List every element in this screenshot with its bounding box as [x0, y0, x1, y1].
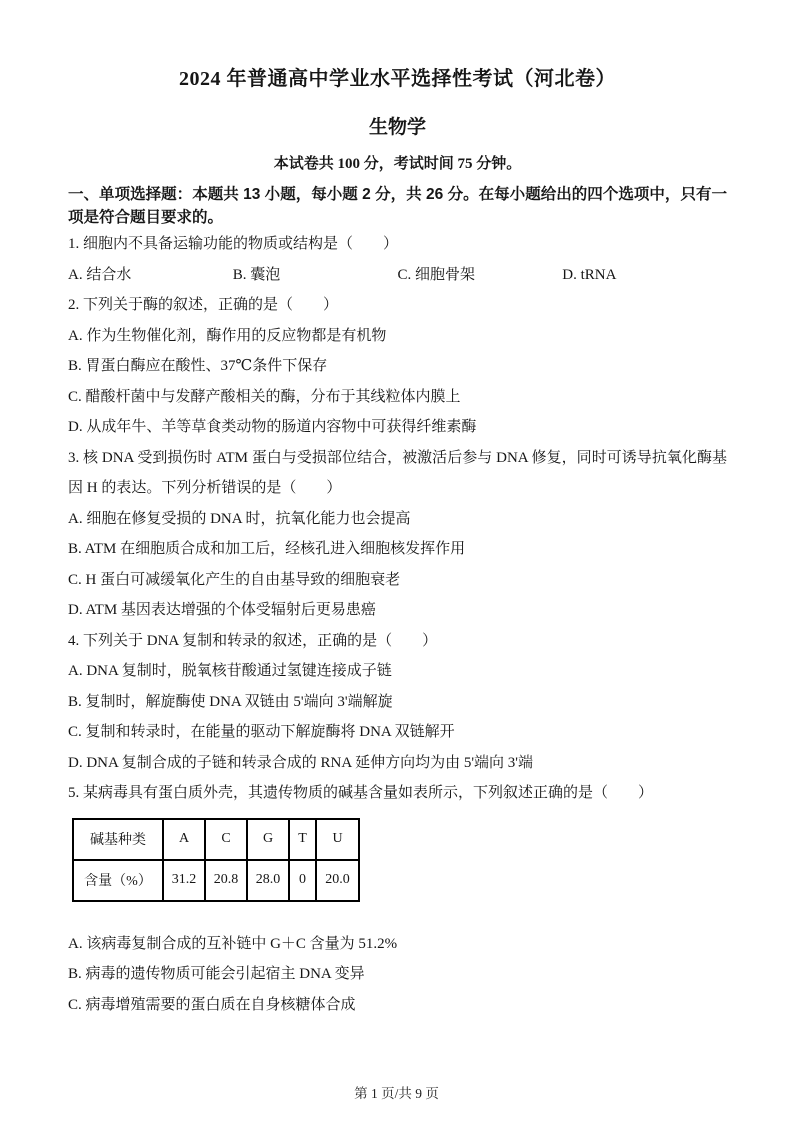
page-number-footer: 第 1 页/共 9 页: [0, 1082, 793, 1102]
section-1-header: 一、单项选择题：本题共 13 小题，每小题 2 分，共 26 分。在每小题给出的…: [68, 183, 727, 229]
question-3-option-a: A. 细胞在修复受损的 DNA 时，抗氧化能力也会提高: [68, 504, 727, 535]
table-cell-T: T: [289, 819, 316, 860]
question-4-stem: 4. 下列关于 DNA 复制和转录的叙述，正确的是（ ）: [68, 626, 727, 657]
question-1-stem: 1. 细胞内不具备运输功能的物质或结构是（ ）: [68, 229, 727, 260]
question-2-option-d: D. 从成年牛、羊等草食类动物的肠道内容物中可获得纤维素酶: [68, 412, 727, 443]
question-1-option-c: C. 细胞骨架: [398, 260, 563, 291]
question-2-option-b: B. 胃蛋白酶应在酸性、37℃条件下保存: [68, 351, 727, 382]
question-4-option-c: C. 复制和转录时，在能量的驱动下解旋酶将 DNA 双链解开: [68, 717, 727, 748]
table-cell-G-value: 28.0: [247, 860, 289, 901]
question-4-option-a: A. DNA 复制时，脱氧核苷酸通过氢键连接成子链: [68, 656, 727, 687]
table-cell-U-value: 20.0: [316, 860, 359, 901]
question-2-stem: 2. 下列关于酶的叙述，正确的是（ ）: [68, 290, 727, 321]
table-cell-C-value: 20.8: [205, 860, 247, 901]
table-data-row: 含量（%） 31.2 20.8 28.0 0 20.0: [73, 860, 359, 901]
question-3-stem: 3. 核 DNA 受到损伤时 ATM 蛋白与受损部位结合，被激活后参与 DNA …: [68, 443, 727, 504]
question-3-option-b: B. ATM 在细胞质合成和加工后，经核孔进入细胞核发挥作用: [68, 534, 727, 565]
question-4-option-d: D. DNA 复制合成的子链和转录合成的 RNA 延伸方向均为由 5'端向 3'…: [68, 748, 727, 779]
question-3-option-d: D. ATM 基因表达增强的个体受辐射后更易患癌: [68, 595, 727, 626]
question-1-option-b: B. 囊泡: [233, 260, 398, 291]
table-header-row: 碱基种类 A C G T U: [73, 819, 359, 860]
question-5-stem: 5. 某病毒具有蛋白质外壳，其遗传物质的碱基含量如表所示，下列叙述正确的是（ ）: [68, 778, 727, 809]
exam-info: 本试卷共 100 分，考试时间 75 分钟。: [68, 152, 727, 173]
exam-subject: 生物学: [68, 112, 727, 139]
table-cell-A-value: 31.2: [163, 860, 205, 901]
table-cell-A: A: [163, 819, 205, 860]
question-1-options: A. 结合水 B. 囊泡 C. 细胞骨架 D. tRNA: [68, 260, 727, 291]
question-1-option-d: D. tRNA: [562, 260, 727, 291]
exam-title: 2024 年普通高中学业水平选择性考试（河北卷）: [68, 62, 727, 91]
table-cell-content-label: 含量（%）: [73, 860, 163, 901]
question-5-option-c: C. 病毒增殖需要的蛋白质在自身核糖体合成: [68, 990, 727, 1021]
question-4-option-b: B. 复制时，解旋酶使 DNA 双链由 5'端向 3'端解旋: [68, 687, 727, 718]
table-cell-G: G: [247, 819, 289, 860]
table-cell-U: U: [316, 819, 359, 860]
question-2-option-c: C. 醋酸杆菌中与发酵产酸相关的酶，分布于其线粒体内膜上: [68, 382, 727, 413]
question-3-option-c: C. H 蛋白可减缓氧化产生的自由基导致的细胞衰老: [68, 565, 727, 596]
table-cell-base-type: 碱基种类: [73, 819, 163, 860]
question-5-option-a: A. 该病毒复制合成的互补链中 G＋C 含量为 51.2%: [68, 929, 727, 960]
question-5-option-b: B. 病毒的遗传物质可能会引起宿主 DNA 变异: [68, 959, 727, 990]
question-1-option-a: A. 结合水: [68, 260, 233, 291]
base-composition-table: 碱基种类 A C G T U 含量（%） 31.2 20.8 28.0 0 20…: [72, 818, 360, 902]
question-2-option-a: A. 作为生物催化剂，酶作用的反应物都是有机物: [68, 321, 727, 352]
table-cell-C: C: [205, 819, 247, 860]
table-cell-T-value: 0: [289, 860, 316, 901]
exam-page: 2024 年普通高中学业水平选择性考试（河北卷） 生物学 本试卷共 100 分，…: [0, 0, 793, 1020]
